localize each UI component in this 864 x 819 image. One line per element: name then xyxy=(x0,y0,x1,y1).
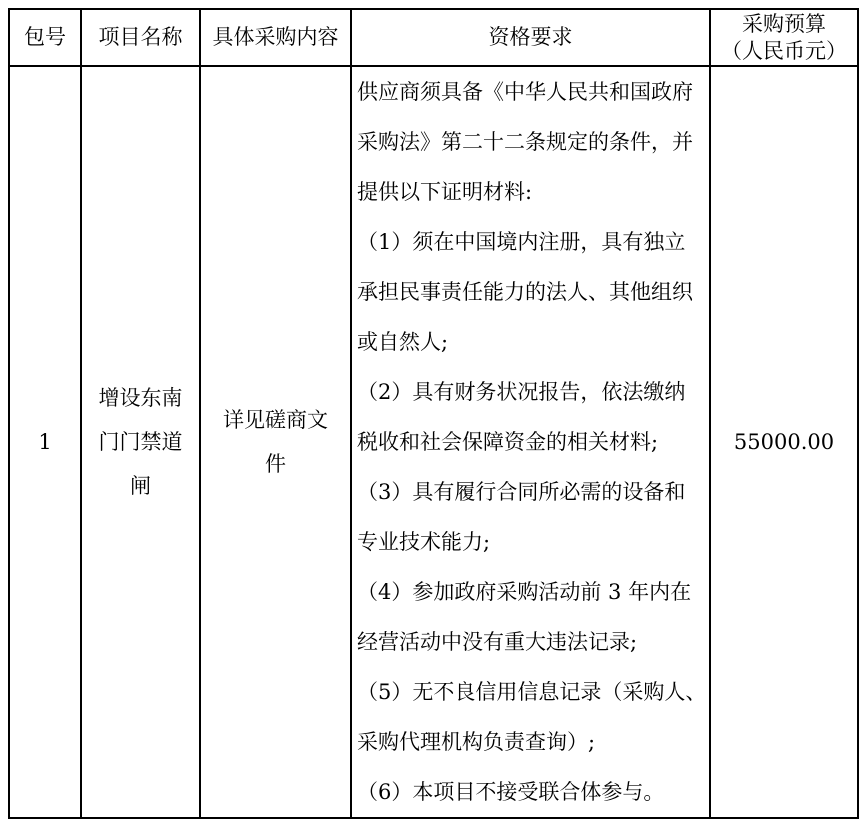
col-header-package-no: 包号 xyxy=(9,9,81,66)
cell-content: 详见磋商文 件 xyxy=(200,66,351,818)
col-header-project-name: 项目名称 xyxy=(81,9,200,66)
procurement-table: 包号 项目名称 具体采购内容 资格要求 采购预算 （人民币元） 1 增设东南 门… xyxy=(8,8,859,819)
document-page: 包号 项目名称 具体采购内容 资格要求 采购预算 （人民币元） 1 增设东南 门… xyxy=(0,0,864,819)
table-row: 1 增设东南 门门禁道 闸 详见磋商文 件 供应商须具备《中华人民共和国政府 采… xyxy=(9,66,858,818)
cell-budget: 55000.00 xyxy=(710,66,858,818)
col-header-budget: 采购预算 （人民币元） xyxy=(710,9,858,66)
col-header-content: 具体采购内容 xyxy=(200,9,351,66)
header-row: 包号 项目名称 具体采购内容 资格要求 采购预算 （人民币元） xyxy=(9,9,858,66)
cell-package-no: 1 xyxy=(9,66,81,818)
col-header-qualification: 资格要求 xyxy=(351,9,710,66)
cell-qualification: 供应商须具备《中华人民共和国政府 采购法》第二十二条规定的条件，并 提供以下证明… xyxy=(351,66,710,818)
cell-project-name: 增设东南 门门禁道 闸 xyxy=(81,66,200,818)
